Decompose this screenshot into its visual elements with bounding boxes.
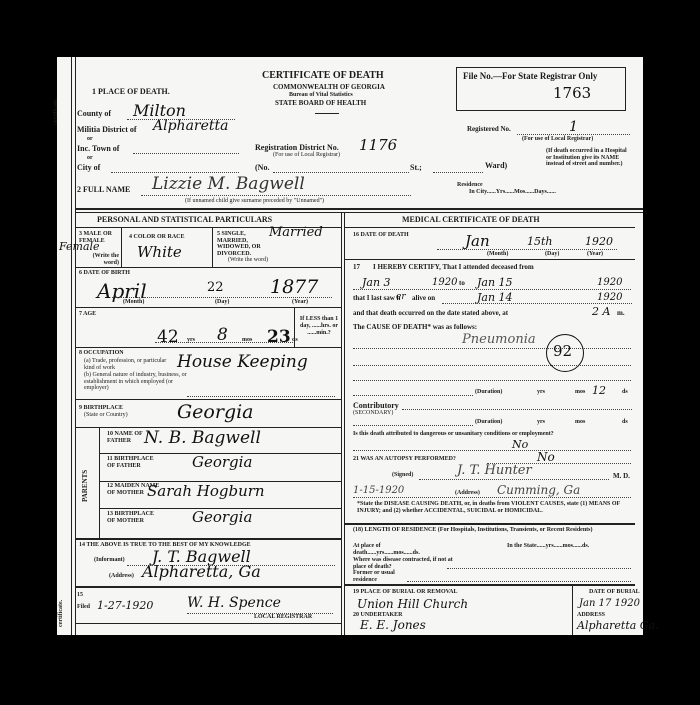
or-label: or [87, 136, 93, 142]
contributory-label: Contributory [353, 401, 399, 410]
dob-year: 1877 [270, 276, 318, 298]
city-label: City of [77, 163, 100, 172]
header-divider [315, 113, 339, 114]
year-note: (Year) [292, 299, 308, 305]
file-number-box: File No.—For State Registrar Only 1763 [456, 67, 626, 111]
registration-district-value: 1176 [359, 136, 397, 154]
file-number-label: File No.—For State Registrar Only [463, 71, 597, 81]
dod-day-note: (Day) [545, 251, 559, 257]
medical-divider [345, 227, 635, 228]
informant-address-value: Alpharetta, Ga [142, 562, 261, 581]
sex-value: Female [59, 240, 100, 253]
local-registrar-signature: W. H. Spence [187, 595, 281, 611]
residence-former: Former or usual residence [353, 570, 413, 583]
filed-number: 15 [77, 592, 83, 598]
physician-signature: J. T. Hunter [457, 463, 532, 478]
row-divider-12 [76, 623, 341, 624]
undertaker-address-label: ADDRESS [577, 612, 605, 618]
duration-days: 12 [592, 384, 606, 397]
full-name-value: Lizzie M. Bagwell [152, 174, 305, 194]
section-divider-thin [76, 212, 643, 213]
marital-value: Married [269, 225, 323, 240]
cause-code: 92 [553, 342, 572, 360]
alive-on-label: alive on [412, 294, 435, 302]
father-birthplace-value: Georgia [192, 453, 252, 471]
burial-place-label: 19 PLACE OF BURIAL OR REMOVAL [353, 589, 458, 595]
undertaker-address-value: Alpharetta Ga. [577, 619, 659, 632]
physician-address: Cumming, Ga [497, 483, 580, 497]
occupation-a: (a) Trade, profession, or particular kin… [84, 358, 172, 371]
autopsy-value: No [537, 450, 555, 464]
dod-month-note: (Month) [487, 251, 508, 257]
duration-mos-label-2: mos [575, 419, 585, 425]
militia-value: Alpharetta [153, 118, 229, 134]
mother-birthplace-label: 13 BIRTHPLACE OF MOTHER [107, 511, 159, 524]
residence-contracted: Where was disease contracted, if not at … [353, 557, 453, 570]
occupation-b: (b) General nature of industry, business… [84, 372, 192, 392]
certificate-title: CERTIFICATE OF DEATH [262, 70, 384, 81]
cell-divider-3 [294, 307, 295, 347]
board-label: STATE BOARD OF HEALTH [275, 99, 366, 107]
cell-divider-2 [212, 227, 213, 267]
duration-ds-label-2: ds [622, 419, 628, 425]
inc-town-label: Inc. Town of [77, 144, 119, 153]
section-divider [76, 208, 643, 210]
md-label: M. D. [613, 472, 630, 480]
medical-divider-3 [345, 523, 635, 525]
dob-day: 22 [207, 280, 224, 295]
month-note: (Month) [123, 299, 144, 305]
parents-divider [99, 427, 100, 538]
or-label-2: or [87, 155, 93, 161]
hospital-note: (If death occurred in a Hospital or Inst… [546, 148, 630, 168]
burial-divider [572, 586, 573, 635]
row-divider-4 [76, 347, 341, 348]
residence-label: Residence [457, 182, 483, 188]
footnote: *State the DISEASE CAUSING DEATH, or, in… [357, 501, 635, 514]
mother-birthplace-value: Georgia [192, 508, 252, 526]
row-divider-3 [76, 307, 341, 308]
signed-label: (Signed) [392, 472, 413, 478]
death-time: 2 A [592, 305, 610, 318]
autopsy-label: 21 WAS AN AUTOPSY PERFORMED? [353, 456, 456, 462]
father-birthplace-label: 11 BIRTHPLACE OF FATHER [107, 456, 159, 469]
residence-at-place: At place of death......yrs......mos.....… [353, 543, 448, 556]
birthplace-note: (State or Country) [84, 412, 128, 418]
m-label: m. [617, 309, 625, 317]
last-saw-pronoun: er [396, 292, 406, 302]
bureau-label: Bureau of Vital Statistics [289, 92, 353, 98]
day-note: (Day) [215, 299, 229, 305]
duration-yrs-label: yrs [537, 389, 545, 395]
duration-yrs-label-2: yrs [537, 419, 545, 425]
margin-text-bottom: certificate. [58, 600, 64, 627]
duration-ds-label: ds [622, 389, 628, 395]
dod-day: 15th [527, 235, 553, 248]
file-number-value: 1763 [553, 84, 591, 102]
row-divider-2 [76, 267, 341, 268]
dangerous-question: Is this death attributed to dangerous or… [353, 431, 554, 437]
personal-heading: PERSONAL AND STATISTICAL PARTICULARS [97, 215, 272, 224]
father-name-value: N. B. Bagwell [144, 428, 261, 448]
occupation-value: House Keeping [177, 352, 308, 372]
secondary-label: (SECONDARY) [353, 410, 393, 416]
last-saw-label: that I last saw h [353, 294, 400, 302]
marital-note: (Write the word) [228, 257, 268, 263]
to-label: to [459, 279, 465, 287]
informant-label: (Informant) [94, 557, 125, 563]
left-border [71, 57, 72, 635]
residence-heading: (18) LENGTH OF RESIDENCE (For Hospitals,… [353, 527, 633, 534]
registered-no-label: Registered No. [467, 125, 511, 133]
row-divider-11 [76, 586, 341, 588]
registered-no-value: 1 [569, 119, 578, 135]
center-divider-inner [344, 212, 345, 635]
militia-label: Militia District of [77, 125, 137, 134]
color-value: White [137, 243, 182, 261]
occupation-label: 8 OCCUPATION [79, 350, 124, 356]
duration-mos-label: mos [575, 389, 585, 395]
street-label: (No. [255, 163, 269, 172]
left-border-inner [75, 57, 76, 635]
cell-divider [121, 227, 122, 267]
age-label: 7 AGE [79, 311, 96, 317]
row-divider-10 [76, 538, 341, 540]
registration-district-note: (For use of Local Registrar) [273, 152, 340, 158]
informant-address-label: (Address) [109, 573, 134, 579]
mother-name-value: Sarah Hogburn [147, 482, 265, 500]
residence-in-state: In the State......yrs......mos......ds. [507, 543, 631, 550]
burial-date-label: DATE OF BURIAL [589, 589, 640, 595]
sex-note: (Write the word) [77, 253, 119, 266]
duration-label: (Duration) [475, 389, 502, 395]
less-than-day: If LESS than 1 day, ......hrs. or ......… [299, 316, 339, 337]
registered-no-note: (For use of Local Registrar) [522, 136, 593, 142]
county-label: County of [77, 109, 111, 118]
birthplace-label: 9 BIRTHPLACE [79, 405, 123, 411]
age-days: 23 [267, 327, 291, 347]
occurred-text: and that death occurred on the date stat… [353, 309, 508, 317]
certificate-subtitle: COMMONWEALTH OF GEORGIA [273, 83, 385, 91]
attended-from-year: 1920 [432, 277, 457, 288]
physician-address-label: (Address) [455, 490, 480, 496]
local-registrar-label: LOCAL REGISTRAR [254, 614, 312, 620]
medical-divider-4 [345, 584, 635, 586]
certify-number: 17 [353, 263, 360, 271]
last-saw-year: 1920 [597, 292, 622, 303]
death-certificate: certificate. certificate. CERTIFICATE OF… [57, 57, 643, 635]
full-name-note: (If unnamed child give surname preceded … [185, 198, 324, 204]
burial-place-value: Union Hill Church [357, 597, 468, 611]
place-of-death-heading: 1 PLACE OF DEATH. [92, 87, 170, 96]
signed-date: 1-15-1920 [353, 485, 404, 496]
residence-in-city: In City......Yrs......Mos......Days.....… [469, 189, 556, 195]
attended-from-date: Jan 3 [362, 276, 391, 289]
center-divider [341, 212, 342, 635]
cause-label: The CAUSE OF DEATH* was as follows: [353, 323, 477, 331]
medical-heading: MEDICAL CERTIFICATE OF DEATH [402, 215, 540, 224]
birthplace-value: Georgia [177, 401, 254, 423]
margin-text: certificate. [53, 98, 59, 125]
cause-value: Pneumonia [462, 332, 536, 347]
dod-label: 16 DATE OF DEATH [353, 232, 409, 238]
dob-label: 6 DATE OF BIRTH [79, 270, 130, 276]
parents-label: PARENTS [81, 470, 89, 502]
age-years: 42 [157, 327, 179, 347]
marital-label: 5 SINGLE, MARRIED, WIDOWED, OR DIVORCED. [217, 231, 267, 257]
attended-to-year: 1920 [597, 277, 622, 288]
st-label: St.; [410, 163, 422, 172]
duration-label-2: (Duration) [475, 419, 502, 425]
attended-to-date: Jan 15 [477, 276, 513, 289]
full-name-label: 2 FULL NAME [77, 185, 130, 194]
dod-month: Jan [465, 232, 490, 250]
burial-date-value: Jan 17 1920 [579, 598, 640, 609]
father-name-label: 10 NAME OF FATHER [107, 431, 147, 444]
filed-date: 1-27-1920 [97, 599, 153, 612]
color-label: 4 COLOR OR RACE [129, 234, 185, 240]
dod-year-note: (Year) [587, 251, 603, 257]
medical-divider-2 [345, 259, 635, 260]
filed-label: Filed [77, 604, 90, 610]
registration-district-label: Registration District No. [255, 143, 339, 152]
ward-label: Ward) [485, 161, 507, 170]
row-divider-5 [76, 399, 341, 400]
dod-year: 1920 [585, 235, 613, 248]
certify-text: I HEREBY CERTIFY, That I attended deceas… [373, 263, 534, 271]
undertaker-value: E. E. Jones [360, 618, 426, 632]
